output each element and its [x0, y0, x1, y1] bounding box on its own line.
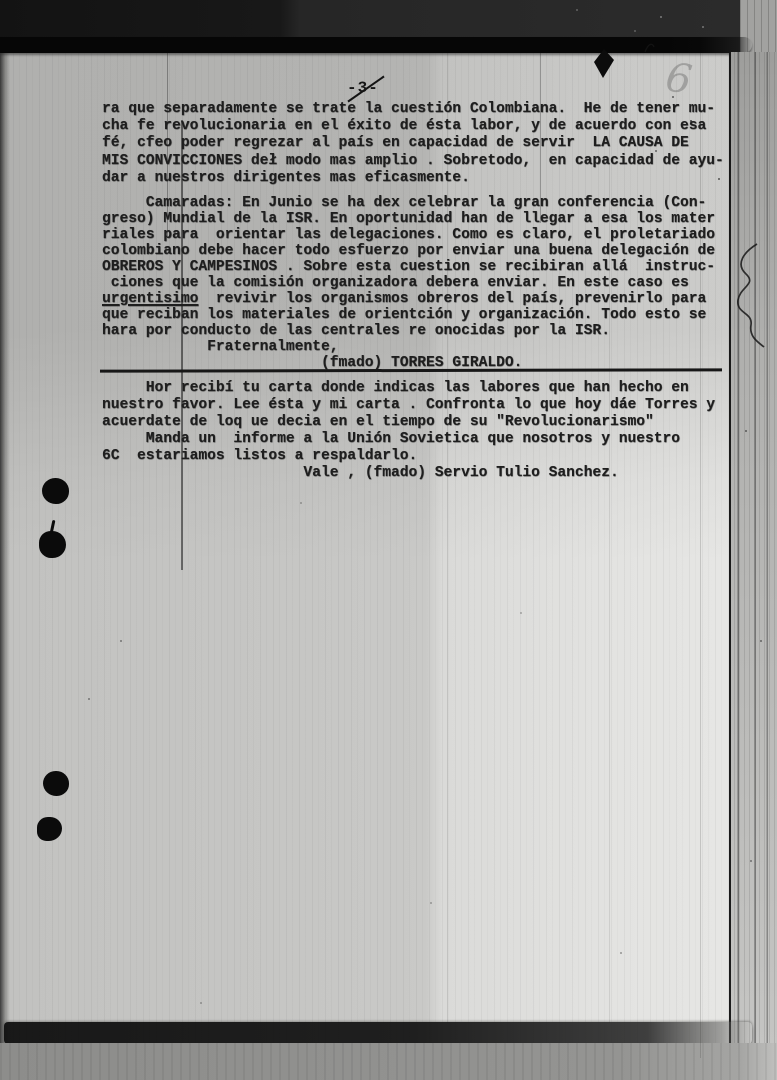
typed-line: ra que separadamente se trate la cuestió…	[102, 101, 742, 118]
typed-line: riales para orientar las delegaciones. C…	[102, 227, 742, 243]
closing-line: Fraternalmente,	[102, 339, 742, 355]
scan-bottom-band	[0, 1043, 777, 1080]
typed-line: urgentisimo revivir los organismos obrer…	[102, 291, 742, 307]
typed-line: Manda un informe a la Unión Sovietica qu…	[102, 431, 742, 448]
line-continuation: revivir los organismos obreros del país,…	[198, 291, 706, 307]
ink-blot	[39, 531, 66, 558]
typed-line: cha fe revolucionaria en el éxito de ést…	[102, 118, 742, 135]
scan-left-edge	[0, 52, 10, 1080]
typed-line: greso) Mundial de la ISR. En oportunidad…	[102, 211, 742, 227]
typed-line: acuerdate de loq ue decia en el tiempo d…	[102, 414, 742, 431]
typed-line: fé, cfeo poder regrezar al país en capac…	[102, 135, 742, 152]
typed-line: hara por conducto de las centrales re on…	[102, 323, 742, 339]
dust-speckles	[0, 0, 2, 2]
typed-line: 6C estariamos listos a respaldarlo.	[102, 448, 742, 465]
scanned-document-page: -3- 6 ra que separadamente se trate la c…	[0, 0, 777, 1080]
typed-line: Hor recibí tu carta donde indicas las la…	[102, 380, 742, 397]
scan-bottom-bar	[4, 1022, 752, 1044]
typed-line: que reciban los materiales de orientción…	[102, 307, 742, 323]
paragraph-3: Hor recibí tu carta donde indicas las la…	[102, 380, 742, 482]
typed-line: Camaradas: En Junio se ha dex celebrar l…	[102, 195, 742, 211]
typewritten-text: ra que separadamente se trate la cuestió…	[102, 101, 742, 482]
typed-line: nuestro favor. Lee ésta y mi carta . Con…	[102, 397, 742, 414]
underlined-word: urgentisimo	[102, 291, 198, 307]
typed-line: colombiano debe hacer todo esfuerzo por …	[102, 243, 742, 259]
signature-line: Vale , (fmado) Servio Tulio Sanchez.	[102, 465, 742, 482]
scan-top-bar	[0, 37, 752, 53]
paragraph-1: ra que separadamente se trate la cuestió…	[102, 101, 742, 187]
typed-line: ciones que la comisión organizadora debe…	[102, 275, 742, 291]
ink-blot	[43, 771, 69, 796]
ink-blot	[42, 478, 69, 504]
typed-line: OBREROS Y CAMPESINOS . Sobre esta cuesti…	[102, 259, 742, 275]
paragraph-2: Camaradas: En Junio se ha dex celebrar l…	[102, 195, 742, 371]
typed-line: MIS CONVICCIONES deł modo mas amplio . S…	[102, 153, 742, 170]
typed-line: dar a nuestros dirigentes mas eficasment…	[102, 170, 742, 187]
